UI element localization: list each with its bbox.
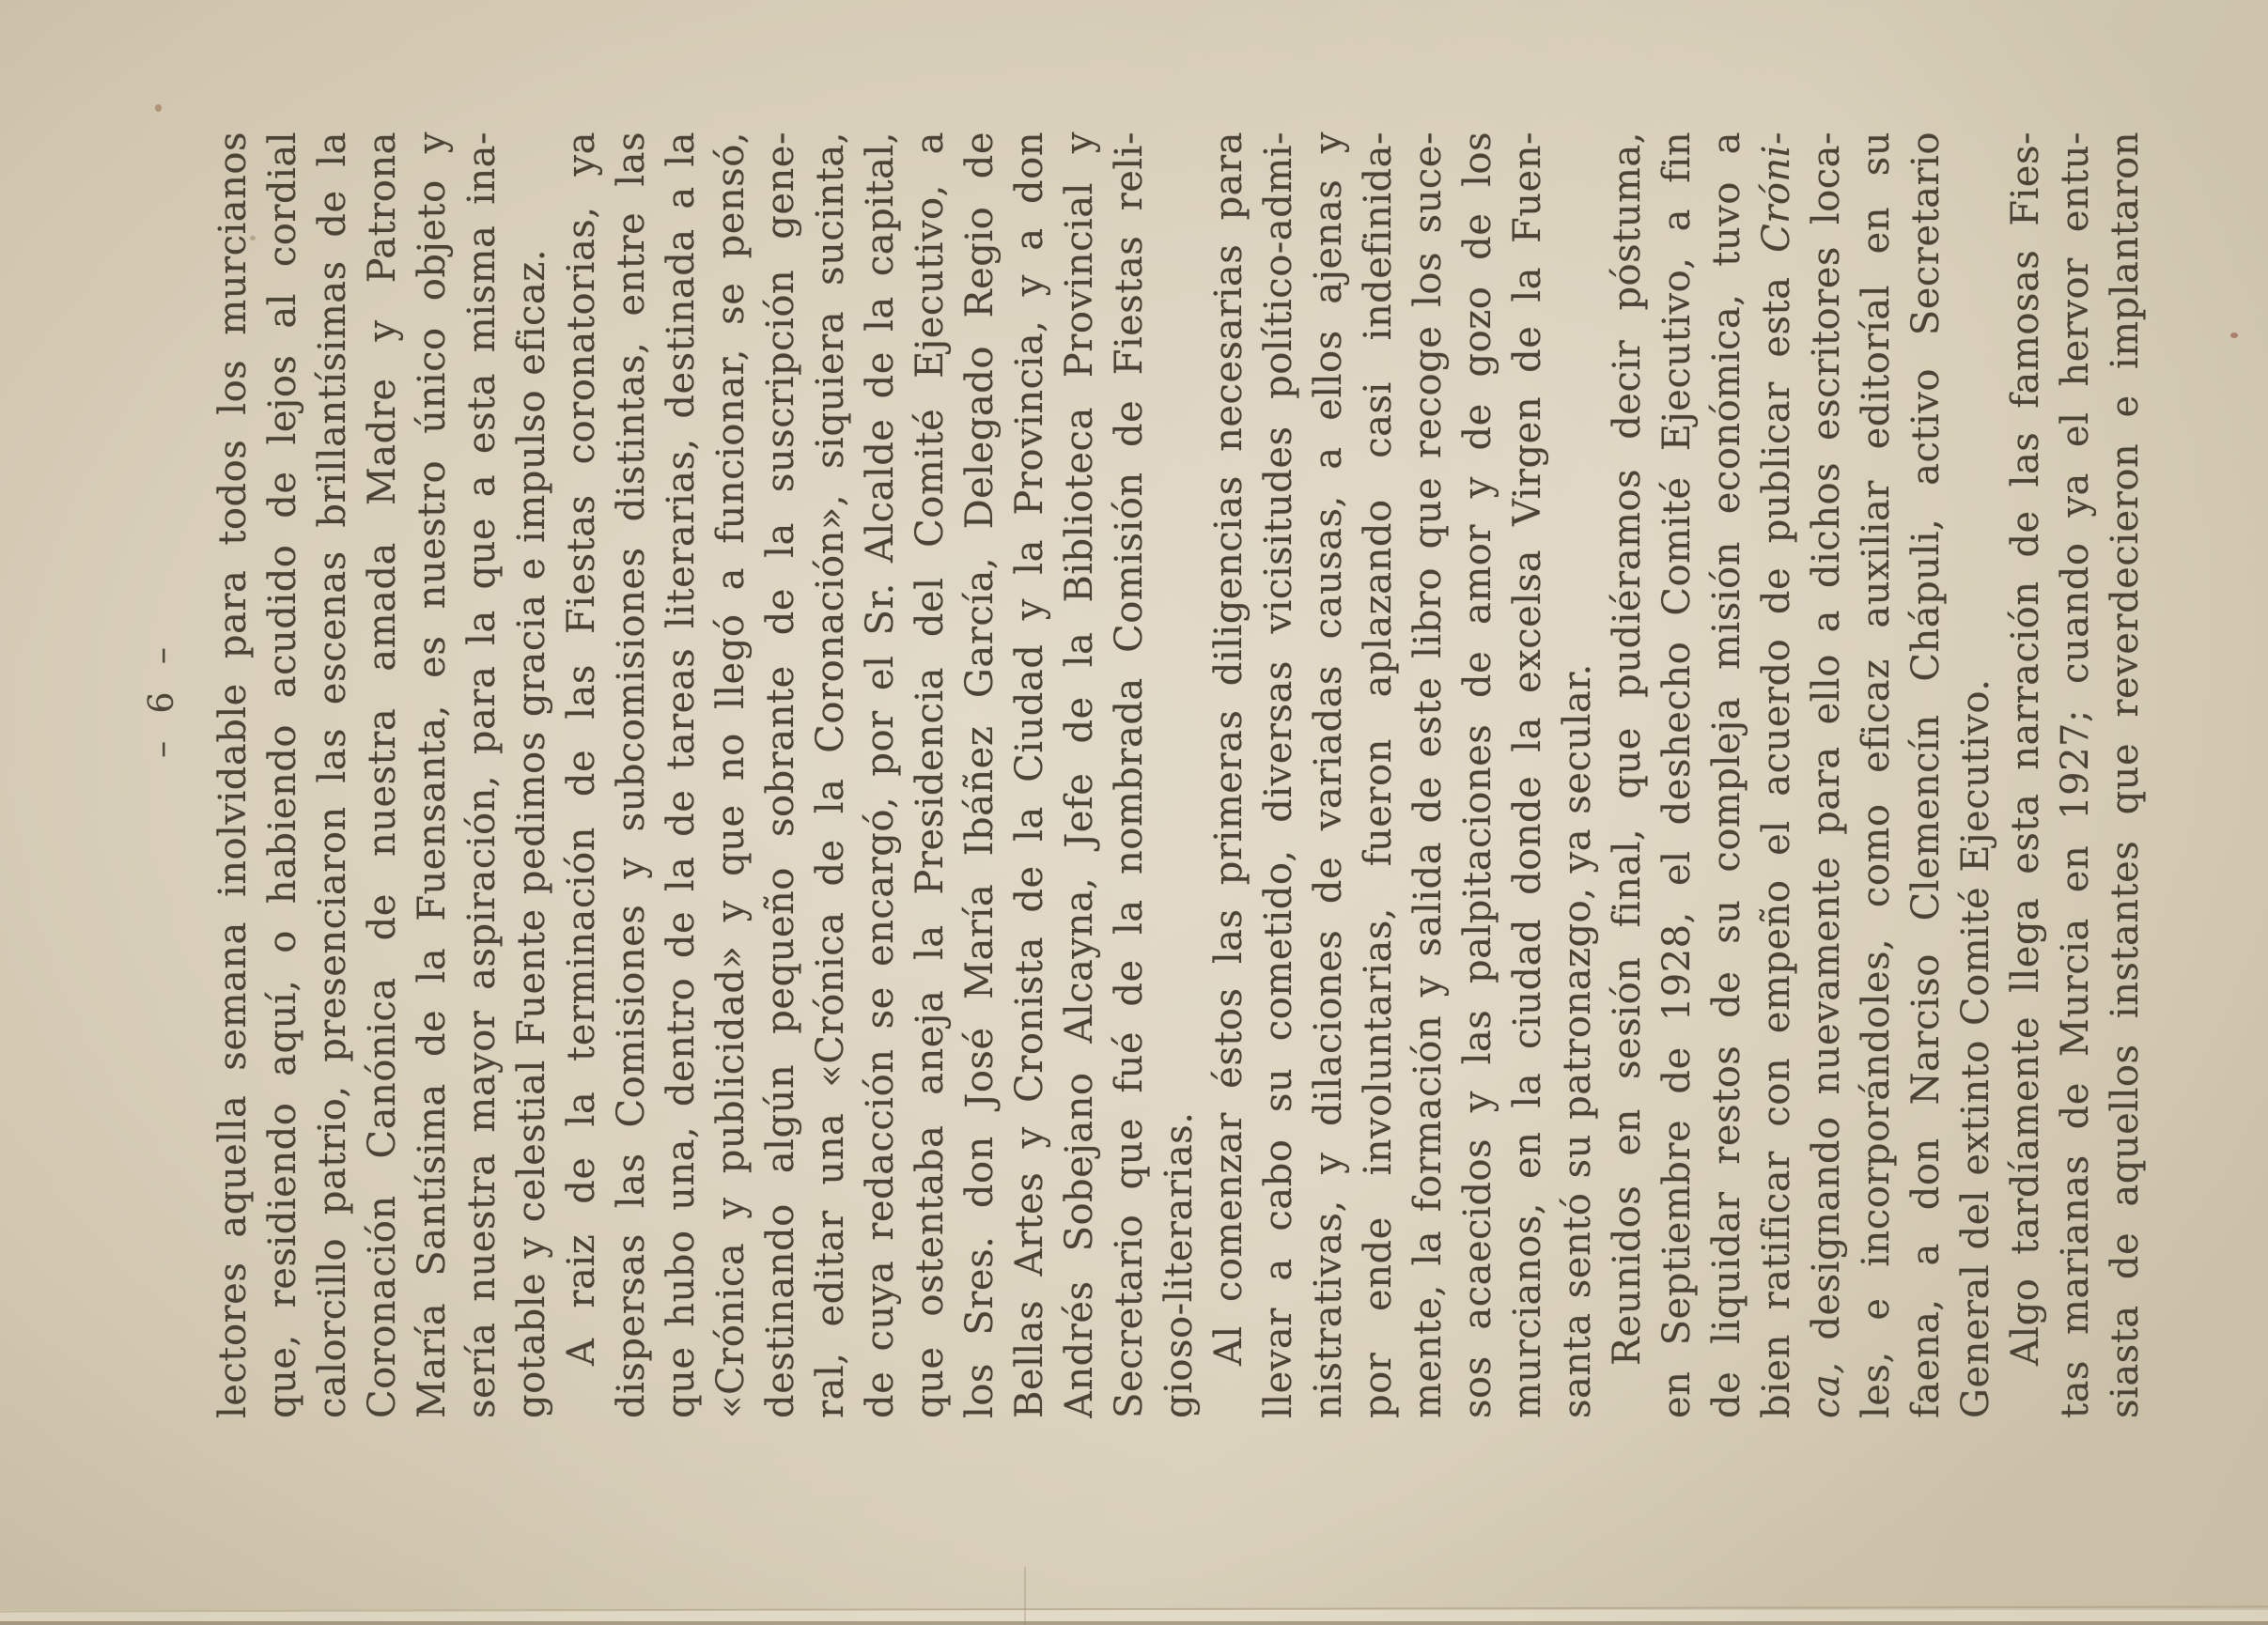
text-line: bien ratificar con empeño el acuerdo de …: [1752, 132, 1802, 1418]
text-line: que ostentaba aneja la Presidencia del C…: [906, 132, 955, 1418]
text-line: les, e incorporándoles, como eficaz auxi…: [1852, 132, 1902, 1418]
text-line: Al comenzar éstos las primeras diligenci…: [1204, 132, 1254, 1418]
paper-speck: [250, 236, 256, 240]
paragraph: Algo tardíamente llega esta narración de…: [2001, 132, 2151, 1418]
text-line: siasta de aquellos instantes que reverde…: [2101, 132, 2151, 1418]
paragraph: Al comenzar éstos las primeras diligenci…: [1204, 132, 1603, 1418]
text-line: María Santísima de la Fuensanta, es nues…: [408, 132, 458, 1418]
text-line: calorcillo patrio, presenciaron las esce…: [308, 132, 358, 1418]
text-line: Bellas Artes y Cronista de la Ciudad y l…: [1005, 132, 1055, 1418]
text-line: tas marianas de Murcia en 1927; cuando y…: [2051, 132, 2101, 1418]
text-line: destinando algún pequeño sobrante de la …: [756, 132, 806, 1418]
text-line: llevar a cabo su cometido, diversas vici…: [1254, 132, 1304, 1418]
text-line: en Septiembre de 1928, el deshecho Comit…: [1653, 132, 1702, 1418]
text-line: faena, a don Narciso Clemencín Chápuli, …: [1902, 132, 1951, 1418]
paragraph: Reunidos en sesión final, que pudiéramos…: [1603, 132, 2001, 1418]
text-line: por ende involuntarias, fueron aplazando…: [1354, 132, 1404, 1418]
text-line: de cuya redacción se encargó, por el Sr.…: [856, 132, 906, 1418]
text-line: A raiz de la terminación de las Fiestas …: [557, 132, 607, 1418]
text-line: ca, designando nuevamente para ello a di…: [1802, 132, 1852, 1418]
text-line: lectores aquella semana inolvidable para…: [209, 132, 258, 1418]
page-crease: [1024, 1567, 1026, 1625]
text-line: sos acaecidos y las palpitaciones de amo…: [1453, 132, 1503, 1418]
text-line: gotable y celestial Fuente pedimos graci…: [507, 132, 557, 1418]
paragraph: lectores aquella semana inolvidable para…: [209, 132, 557, 1418]
rotated-page-content: – 6 – lectores aquella semana inolvidabl…: [0, 0, 2268, 1625]
page-number: – 6 –: [139, 58, 186, 1345]
text-line: nistrativas, y dilaciones de variadas ca…: [1304, 132, 1354, 1418]
text-line: que, residiendo aquí, o habiendo acudido…: [258, 132, 308, 1418]
scanned-book-page: – 6 – lectores aquella semana inolvidabl…: [0, 0, 2268, 1625]
text-line: que hubo una, dentro de la de tareas lit…: [657, 132, 707, 1418]
text-line: Reunidos en sesión final, que pudiéramos…: [1603, 132, 1653, 1418]
text-line: «Crónica y publicidad» y que no llegó a …: [707, 132, 756, 1418]
text-line: mente, la formación y salida de este lib…: [1404, 132, 1453, 1418]
text-line: ral, editar una «Crónica de la Coronació…: [806, 132, 856, 1418]
text-line: de liquidar restos de su compleja misión…: [1702, 132, 1752, 1418]
page-fold-band: [0, 1610, 2268, 1621]
text-line: santa sentó su patronazgo, ya secular.: [1553, 132, 1603, 1418]
paper-speck: [155, 104, 162, 112]
paper-speck: [2230, 333, 2238, 338]
text-line: murcianos, en la ciudad donde la excelsa…: [1503, 132, 1553, 1418]
text-block: lectores aquella semana inolvidable para…: [209, 132, 2151, 1418]
text-line: Andrés Sobejano Alcayna, Jefe de la Bibl…: [1055, 132, 1105, 1418]
text-line: Algo tardíamente llega esta narración de…: [2001, 132, 2051, 1418]
text-line: Secretario que fué de la nombrada Comisi…: [1105, 132, 1155, 1418]
text-line: General del extinto Comité Ejecutivo.: [1951, 132, 2001, 1418]
paragraph: A raiz de la terminación de las Fiestas …: [557, 132, 1204, 1418]
text-line: Coronación Canónica de nuestra amada Mad…: [358, 132, 408, 1418]
text-line: gioso-literarias.: [1155, 132, 1204, 1418]
text-line: los Sres. don José María Ibáñez García, …: [955, 132, 1005, 1418]
text-line: sería nuestra mayor aspiración, para la …: [458, 132, 507, 1418]
text-line: dispersas las Comisiones y subcomisiones…: [607, 132, 657, 1418]
